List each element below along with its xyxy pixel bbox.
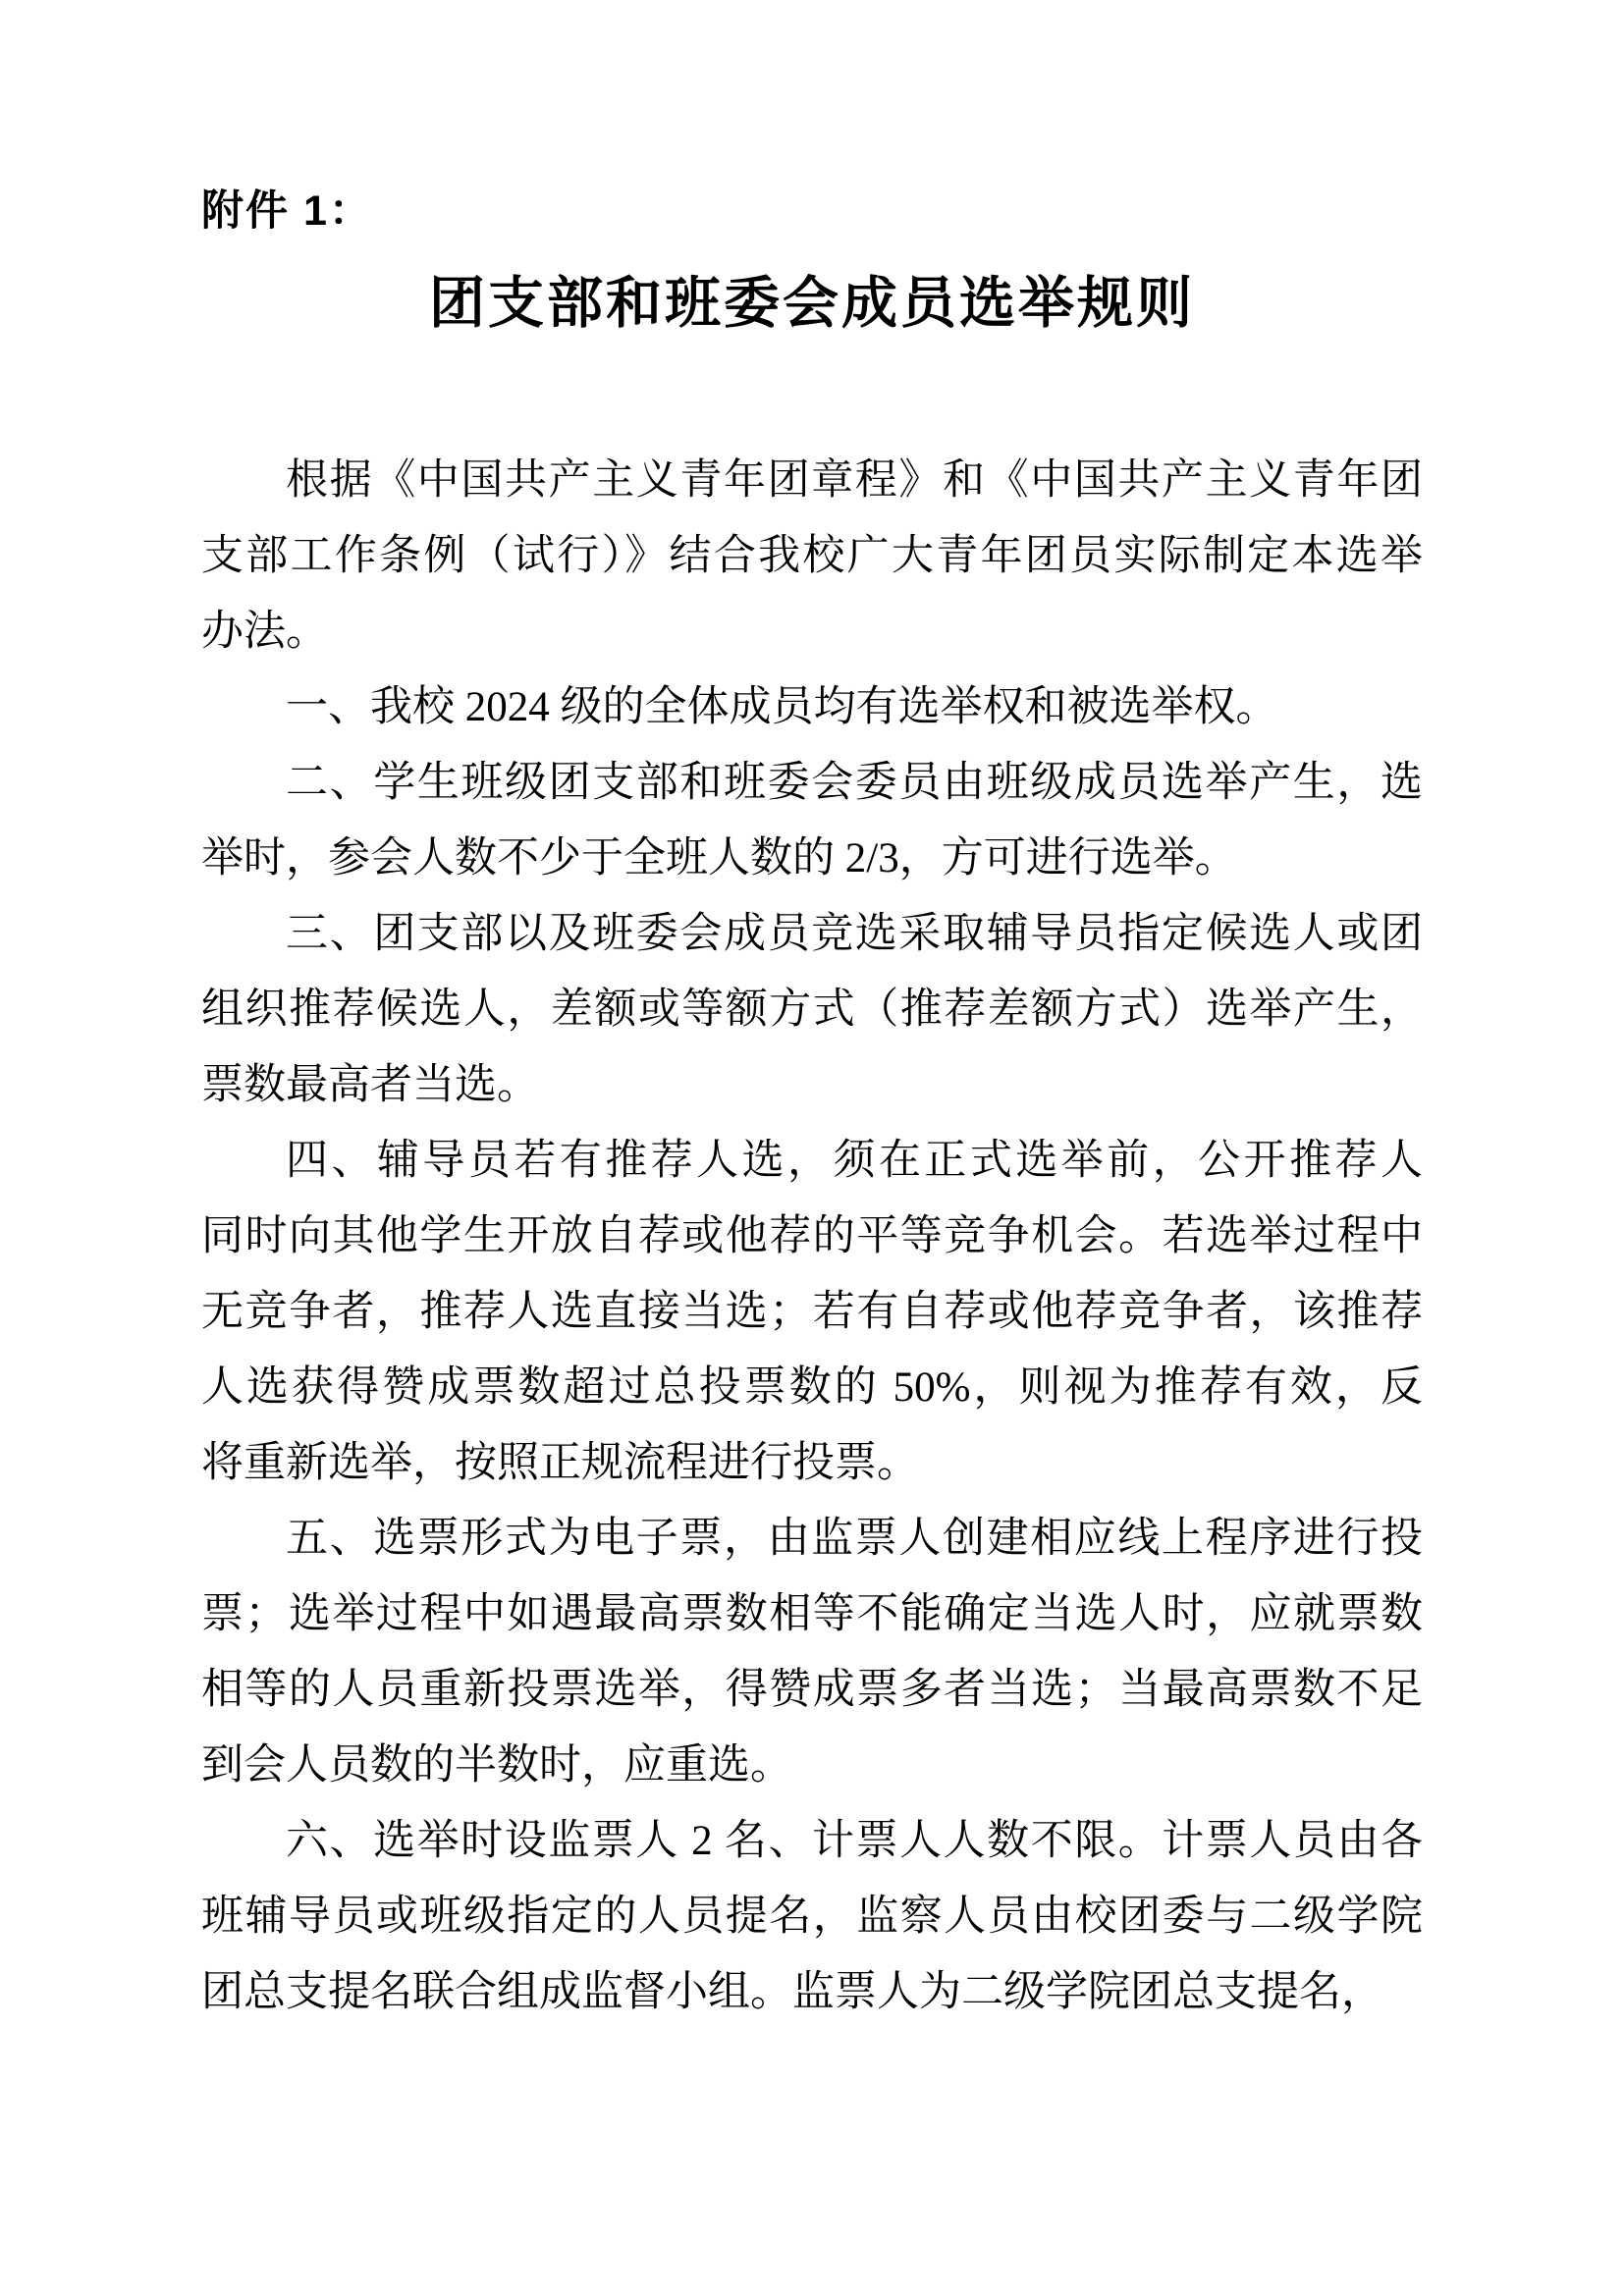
body-line: 支部工作条例（试行）》结合我校广大青年团员实际制定本选举 (201, 518, 1423, 594)
body-line: 六、选举时设监票人 2 名、计票人人数不限。计票人员由各 (201, 1803, 1423, 1879)
body-line: 无竞争者，推荐人选直接当选；若有自荐或他荐竞争者，该推荐 (201, 1274, 1423, 1350)
body-line: 票；选举过程中如遇最高票数相等不能确定当选人时，应就票数 (201, 1576, 1423, 1652)
body-line: 办法。 (201, 594, 1423, 669)
body-line: 团总支提名联合组成监督小组。监票人为二级学院团总支提名， (201, 1954, 1423, 2030)
document-page: 附件 1： 团支部和班委会成员选举规则 根据《中国共产主义青年团章程》和《中国共… (0, 0, 1624, 2296)
body-line: 班辅导员或班级指定的人员提名，监察人员由校团委与二级学院 (201, 1879, 1423, 1954)
body-line: 相等的人员重新投票选举，得赞成票多者当选；当最高票数不足 (201, 1652, 1423, 1728)
paragraph: 一、我校 2024 级的全体成员均有选举权和被选举权。 (201, 669, 1423, 745)
paragraph: 根据《中国共产主义青年团章程》和《中国共产主义青年团支部工作条例（试行）》结合我… (201, 443, 1423, 669)
body-line: 组织推荐候选人，差额或等额方式（推荐差额方式）选举产生， (201, 972, 1423, 1047)
paragraph: 六、选举时设监票人 2 名、计票人人数不限。计票人员由各班辅导员或班级指定的人员… (201, 1803, 1423, 2030)
document-title: 团支部和班委会成员选举规则 (201, 274, 1423, 335)
body-line: 三、团支部以及班委会成员竞选采取辅导员指定候选人或团 (201, 896, 1423, 972)
paragraph: 五、选票形式为电子票，由监票人创建相应线上程序进行投票；选举过程中如遇最高票数相… (201, 1501, 1423, 1803)
body-line: 到会人员数的半数时，应重选。 (201, 1728, 1423, 1803)
paragraph: 二、学生班级团支部和班委会委员由班级成员选举产生，选举时，参会人数不少于全班人数… (201, 745, 1423, 896)
body-line: 同时向其他学生开放自荐或他荐的平等竞争机会。若选举过程中 (201, 1199, 1423, 1274)
body-line: 二、学生班级团支部和班委会委员由班级成员选举产生，选 (201, 745, 1423, 821)
document-body: 根据《中国共产主义青年团章程》和《中国共产主义青年团支部工作条例（试行）》结合我… (201, 443, 1423, 2030)
body-line: 票数最高者当选。 (201, 1047, 1423, 1123)
body-line: 举时，参会人数不少于全班人数的 2/3，方可进行选举。 (201, 821, 1423, 896)
body-line: 四、辅导员若有推荐人选，须在正式选举前，公开推荐人选， (201, 1123, 1423, 1199)
paragraph: 四、辅导员若有推荐人选，须在正式选举前，公开推荐人选，同时向其他学生开放自荐或他… (201, 1123, 1423, 1501)
body-line: 人选获得赞成票数超过总投票数的 50%，则视为推荐有效，反之， (201, 1350, 1423, 1425)
body-line: 一、我校 2024 级的全体成员均有选举权和被选举权。 (201, 669, 1423, 745)
paragraph: 三、团支部以及班委会成员竞选采取辅导员指定候选人或团组织推荐候选人，差额或等额方… (201, 896, 1423, 1123)
body-line: 根据《中国共产主义青年团章程》和《中国共产主义青年团 (201, 443, 1423, 518)
body-line: 将重新选举，按照正规流程进行投票。 (201, 1425, 1423, 1501)
attachment-label: 附件 1： (201, 187, 373, 235)
body-line: 五、选票形式为电子票，由监票人创建相应线上程序进行投 (201, 1501, 1423, 1576)
